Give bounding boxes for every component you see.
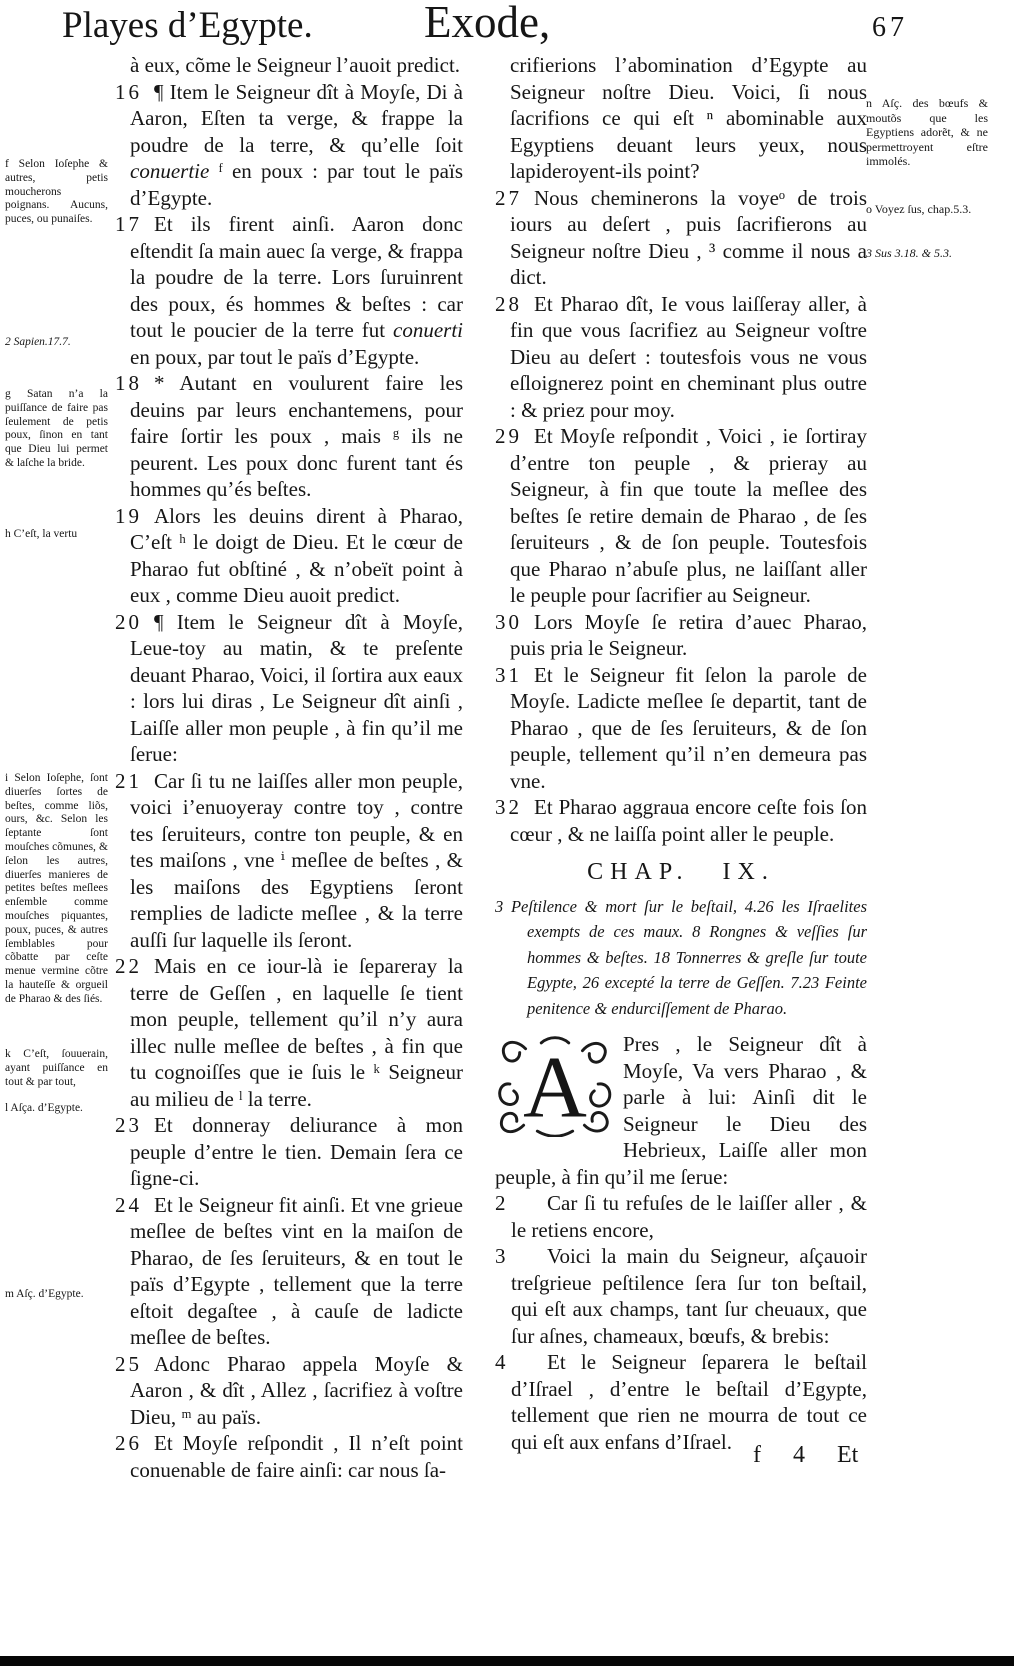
verse: 23Et donneray deliurance à mon peuple d’…	[115, 1112, 463, 1192]
verse-text: ¶ Item le Seigneur dît à Moyſe, Leue-toy…	[130, 610, 463, 767]
verse: 27Nous cheminerons la voyeᵒ de trois iou…	[495, 185, 867, 291]
page-bottom-rule	[0, 1656, 1014, 1666]
verse-text: Et Pharao aggraua encore ceſte fois ſon …	[510, 795, 867, 846]
verse-text: Et donneray deliurance à mon peuple d’en…	[130, 1113, 463, 1190]
verse-text: Et Pharao dît, Ie vous laiſſeray aller, …	[510, 292, 867, 422]
margin-note: h C’eſt, la vertu	[5, 528, 108, 542]
verse-number: 20	[115, 609, 142, 636]
signature-mark: f	[753, 1442, 761, 1468]
margin-note: g Satan n’a la puiſſance de faire pas ſe…	[5, 388, 108, 471]
verse: 22Mais en ce iour-là ie ſepareray la ter…	[115, 953, 463, 1112]
verse: 17Et ils firent ainſi. Aaron donc eſtend…	[115, 211, 463, 370]
verse-number: 16	[115, 79, 142, 106]
verse-text: Car ſi tu ne laiſſes aller mon peuple, v…	[130, 769, 463, 952]
verse: 28Et Pharao dît, Ie vous laiſſeray aller…	[495, 291, 867, 424]
drop-cap-letter: A	[523, 1038, 587, 1136]
verse: 29Et Moyſe reſpondit , Voici , ie ſortir…	[495, 423, 867, 609]
margin-note: k C’eſt, ſouuerain, ayant puiſſance en t…	[5, 1048, 108, 1089]
verse: 18* Autant en voulurent faire les deuins…	[115, 370, 463, 503]
right-margin-notes: n Aſç. des bœufs & moutõs que les Egypti…	[866, 0, 988, 1650]
margin-note: 2 Sapien.17.7.	[5, 336, 108, 350]
verse-text: Et le Seigneur fit ſelon la parole de Mo…	[510, 663, 867, 793]
verse-text: * Autant en voulurent faire les deuins p…	[130, 371, 463, 501]
drop-cap-initial: A	[495, 1035, 615, 1137]
verse-number: 26	[115, 1430, 142, 1457]
margin-note: i Selon Ioſephe, ſont diuerſes ſortes de…	[5, 772, 108, 1007]
verse-number: 31	[495, 662, 522, 689]
verse-number: 27	[495, 185, 522, 212]
verse: 19Alors les deuins dirent à Pharao, C’eſ…	[115, 503, 463, 609]
left-margin-notes: f Selon Ioſephe & autres, petis mouchero…	[5, 0, 108, 1650]
verse-number: 17	[115, 211, 142, 238]
text-column-right: crifierions l’abomination d’Egypte au Se…	[495, 52, 867, 1455]
verse-text: à eux, cõme le Seigneur l’auoit predict.	[130, 53, 460, 77]
verse-text: Adonc Pharao appela Moyſe & Aaron , & dî…	[130, 1352, 463, 1429]
verse-number: 19	[115, 503, 142, 530]
chapter-opening: A Pres , le Seigneur dît à Moyſe, Va ver…	[495, 1031, 867, 1190]
book-title: Exode,	[424, 0, 550, 48]
verse-number: 24	[115, 1192, 142, 1219]
signature-line: f 4 Et	[753, 1442, 858, 1469]
verse-text: crifierions l’abomination d’Egypte au Se…	[510, 53, 867, 183]
verse-text: Et le Seigneur fit ainſi. Et vne grieue …	[130, 1193, 463, 1350]
verse: 25Adonc Pharao appela Moyſe & Aaron , & …	[115, 1351, 463, 1431]
verse-text: Nous cheminerons la voyeᵒ de trois iours…	[510, 186, 867, 290]
verses-2-4: 2Car ſi tu refuſes de le laiſſer aller ,…	[495, 1190, 867, 1455]
verse: 26Et Moyſe reſpondit , Il n’eſt point co…	[115, 1430, 463, 1483]
verse-text: Et Moyſe reſpondit , Il n’eſt point conu…	[130, 1431, 463, 1482]
verse-text: Mais en ce iour-là ie ſepareray la terre…	[130, 954, 463, 1111]
verse-text: ¶ Item le Seigneur dît à Moyſe, Di à Aar…	[130, 80, 463, 210]
verse: 31Et le Seigneur fit ſelon la parole de …	[495, 662, 867, 795]
verse: crifierions l’abomination d’Egypte au Se…	[495, 52, 867, 185]
book-page: Playes d’Egypte. Exode, 67 f Selon Ioſep…	[0, 0, 1014, 1670]
verse: 24Et le Seigneur fit ainſi. Et vne grieu…	[115, 1192, 463, 1351]
text-column-left: à eux, cõme le Seigneur l’auoit predict.…	[115, 52, 463, 1483]
margin-note: o Voyez ſus, chap.5.3.	[866, 202, 988, 217]
margin-note: f Selon Ioſephe & autres, petis mouchero…	[5, 158, 108, 227]
verse-text: Voici la main du Seigneur, aſçauoir treſ…	[511, 1244, 867, 1348]
verse-number: 3	[495, 1243, 508, 1270]
verse-text: Et ils firent ainſi. Aaron donc eſtendit…	[130, 212, 463, 369]
ornament-flourish: A	[495, 1035, 615, 1137]
verse-number: 22	[115, 953, 142, 980]
verse-text: Et le Seigneur ſeparera le beſtail d’Iſr…	[511, 1350, 867, 1454]
verse-text: Car ſi tu refuſes de le laiſſer aller , …	[511, 1191, 867, 1242]
chapter-heading: CHAP. IX.	[495, 859, 867, 886]
verse: 16¶ Item le Seigneur dît à Moyſe, Di à A…	[115, 79, 463, 212]
verse-text: Lors Moyſe ſe retira d’auec Pharao, puis…	[510, 610, 867, 661]
verse-number: 23	[115, 1112, 142, 1139]
verse-number: 25	[115, 1351, 142, 1378]
verse: 3Voici la main du Seigneur, aſçauoir tre…	[495, 1243, 867, 1349]
verse-number: 2	[495, 1190, 508, 1217]
verse: 4Et le Seigneur ſeparera le beſtail d’Iſ…	[495, 1349, 867, 1455]
verse: 2Car ſi tu refuſes de le laiſſer aller ,…	[495, 1190, 867, 1243]
verse-number: 28	[495, 291, 522, 318]
verse-number: 18	[115, 370, 142, 397]
verse-number: 29	[495, 423, 522, 450]
verse-number: 32	[495, 794, 522, 821]
verse: 21Car ſi tu ne laiſſes aller mon peuple,…	[115, 768, 463, 954]
verse-number: 21	[115, 768, 142, 795]
chapter-summary: 3 Peſtilence & mort ſur le beſtail, 4.26…	[495, 894, 867, 1022]
margin-note: n Aſç. des bœufs & moutõs que les Egypti…	[866, 96, 988, 169]
verse-text: Et Moyſe reſpondit , Voici , ie ſortiray…	[510, 424, 867, 607]
gathering-number: 4	[793, 1442, 805, 1468]
margin-note: 3 Sus 3.18. & 5.3.	[866, 246, 988, 261]
catchword: Et	[837, 1442, 858, 1468]
verse-number: 4	[495, 1349, 508, 1376]
verses-26-32: crifierions l’abomination d’Egypte au Se…	[495, 52, 867, 847]
verse: 20¶ Item le Seigneur dît à Moyſe, Leue-t…	[115, 609, 463, 768]
verse: 32Et Pharao aggraua encore ceſte fois ſo…	[495, 794, 867, 847]
verse-text: Alors les deuins dirent à Pharao, C’eſt …	[130, 504, 463, 608]
margin-note: m Aſç. d’Egypte.	[5, 1288, 108, 1302]
margin-note: l Aſça. d’Egypte.	[5, 1102, 108, 1116]
verse-number: 30	[495, 609, 522, 636]
verse: à eux, cõme le Seigneur l’auoit predict.	[115, 52, 463, 79]
verse: 30Lors Moyſe ſe retira d’auec Pharao, pu…	[495, 609, 867, 662]
